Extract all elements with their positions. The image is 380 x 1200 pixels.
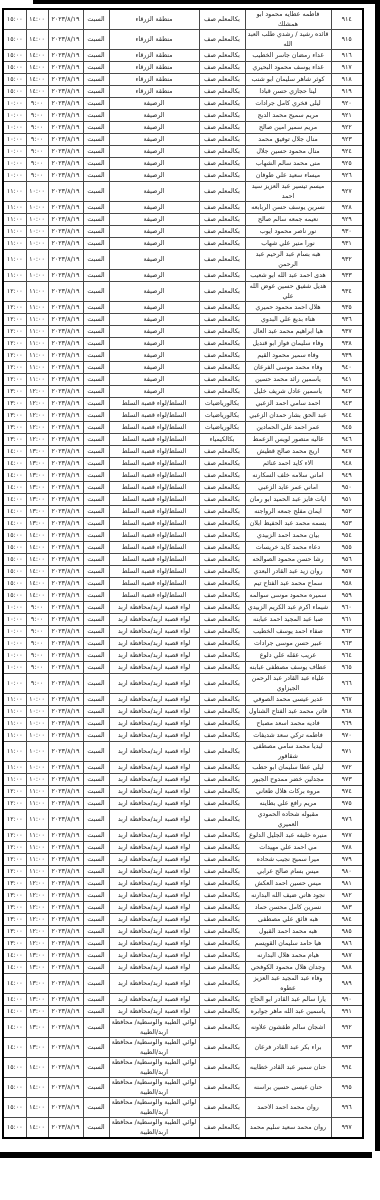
date-cell: ٢٠٢٣/٨/١٩: [48, 926, 83, 938]
start-time-cell: ١٣:٠٠: [26, 506, 48, 518]
date-cell: ٢٠٢٣/٨/١٩: [48, 146, 83, 158]
day-cell: السبت: [83, 718, 109, 730]
name-cell: صفاء احمد يوسف الخطيب: [245, 626, 331, 638]
serial-cell: ٩٣٦: [331, 314, 363, 326]
region-cell: الرصيفة: [109, 146, 199, 158]
date-cell: ٢٠٢٣/٨/١٩: [48, 422, 83, 434]
region-cell: لوائي الطيبة والوسطية/ محافظة اربد/الطيب…: [109, 1018, 199, 1038]
start-time-cell: ١١:٠٠: [26, 338, 48, 350]
date-cell: ٢٠٢٣/٨/١٩: [48, 226, 83, 238]
date-cell: ٢٠٢٣/٨/١٩: [48, 506, 83, 518]
schedule-table-wrapper: ٩١٤فاطمه عطايه محمود ابو همشلكبكالمعلم ص…: [4, 8, 364, 1139]
qualification-cell: بكالمعلم صف: [199, 110, 245, 122]
qualification-cell: بكالمعلم صف: [199, 74, 245, 86]
day-cell: السبت: [83, 282, 109, 302]
date-cell: ٢٠٢٣/٨/١٩: [48, 786, 83, 798]
qualification-cell: بكالمعلم صف: [199, 902, 245, 914]
start-time-cell: ١٢:٠٠: [26, 398, 48, 410]
name-cell: اشجان سالم طقشون علاونه: [245, 1018, 331, 1038]
start-time-cell: ١٣:٠٠: [26, 482, 48, 494]
table-row: ٩٢٣منال جلال توفيق محمدبكالمعلم صفالرصيف…: [3, 134, 363, 146]
region-cell: لواء قصبة اربد/محافظة اربد: [109, 774, 199, 786]
end-time-cell: ١٢:٠٠: [3, 798, 26, 810]
name-cell: نورا منير علي شهاب: [245, 238, 331, 250]
qualification-cell: بكالمعلم صف: [199, 742, 245, 762]
table-row: ٩١٥قائده رشيد / رشدي طلب العبد اللهبكالم…: [3, 30, 363, 50]
date-cell: ٢٠٢٣/٨/١٩: [48, 170, 83, 182]
name-cell: هبه بسام عبد الرحيم عبد الرحمن: [245, 250, 331, 270]
region-cell: الرصيفة: [109, 270, 199, 282]
day-cell: السبت: [83, 410, 109, 422]
qualification-cell: بكالمعلم صف: [199, 282, 245, 302]
date-cell: ٢٠٢٣/٨/١٩: [48, 578, 83, 590]
end-time-cell: ١٢:٠٠: [3, 842, 26, 854]
name-cell: ايات فايز عبد الحميد ابو رمان: [245, 494, 331, 506]
date-cell: ٢٠٢٣/٨/١٩: [48, 542, 83, 554]
day-cell: السبت: [83, 434, 109, 446]
region-cell: الرصيفة: [109, 302, 199, 314]
serial-cell: ٩٣٣: [331, 270, 363, 282]
end-time-cell: ١٠:٠٠: [3, 122, 26, 134]
name-cell: كوثر شاهر سليمان ابو شنب: [245, 74, 331, 86]
name-cell: هدى احمد عبد الله ابو شعيب: [245, 270, 331, 282]
table-row: ٩٤٦غاليه منصور لويس الزعمطبكالكيمياءالسل…: [3, 434, 363, 446]
date-cell: ٢٠٢٣/٨/١٩: [48, 626, 83, 638]
end-time-cell: ١١:٠٠: [3, 250, 26, 270]
region-cell: لواء قصبة اربد/محافظة اربد: [109, 614, 199, 626]
start-time-cell: ١٤:٠٠: [26, 62, 48, 74]
qualification-cell: بكالمعلم صف: [199, 938, 245, 950]
serial-cell: ٩٦٠: [331, 602, 363, 614]
date-cell: ٢٠٢٣/٨/١٩: [48, 866, 83, 878]
qualification-cell: بكالمعلم صف: [199, 362, 245, 374]
serial-cell: ٩٤٧: [331, 446, 363, 458]
serial-cell: ٩٥٤: [331, 530, 363, 542]
table-row: ٩٦٦علياء عبد القادر عبد الرحمن الجيزاويب…: [3, 674, 363, 694]
start-time-cell: ١١:٠٠: [26, 302, 48, 314]
name-cell: حنان سمير عبد القادر خطايبه: [245, 1058, 331, 1078]
serial-cell: ٩٣٠: [331, 226, 363, 238]
serial-cell: ٩٩٦: [331, 1098, 363, 1118]
table-row: ٩٥٦رشا حسن محمود الصوالحهبكالمعلم صفالسل…: [3, 554, 363, 566]
date-cell: ٢٠٢٣/٨/١٩: [48, 810, 83, 830]
region-cell: منطقة الزرقاء: [109, 30, 199, 50]
date-cell: ٢٠٢٣/٨/١٩: [48, 994, 83, 1006]
date-cell: ٢٠٢٣/٨/١٩: [48, 158, 83, 170]
region-cell: لواء قصبة اربد/محافظة اربد: [109, 626, 199, 638]
date-cell: ٢٠٢٣/٨/١٩: [48, 238, 83, 250]
region-cell: منطقة الزرقاء: [109, 9, 199, 30]
serial-cell: ٩٣٤: [331, 282, 363, 302]
start-time-cell: ١٢:٠٠: [26, 890, 48, 902]
name-cell: عبد الحق بشار حمدان الزعبي: [245, 410, 331, 422]
date-cell: ٢٠٢٣/٨/١٩: [48, 398, 83, 410]
qualification-cell: بكالمعلم صف: [199, 1006, 245, 1018]
qualification-cell: بكالمعلم صف: [199, 602, 245, 614]
qualification-cell: بكالمعلم صف: [199, 694, 245, 706]
qualification-cell: بكالمعلم صف: [199, 878, 245, 890]
table-row: ٩٧٠فاطمه تركي سعد شديفاتبكالمعلم صفلواء …: [3, 730, 363, 742]
day-cell: السبت: [83, 270, 109, 282]
date-cell: ٢٠٢٣/٨/١٩: [48, 302, 83, 314]
qualification-cell: بكالمعلم صف: [199, 962, 245, 974]
table-row: ٩٦٤عريب عقله علي دلوعبكالمعلم صفلواء قصب…: [3, 650, 363, 662]
qualification-cell: بكالمعلم صف: [199, 62, 245, 74]
end-time-cell: ١٣:٠٠: [3, 926, 26, 938]
day-cell: السبت: [83, 158, 109, 170]
region-cell: لواء قصبة اربد/محافظة اربد: [109, 878, 199, 890]
start-time-cell: ١٣:٠٠: [26, 518, 48, 530]
table-row: ٩٩٣براء بكر عبد القادر فرعانبكالمعلم صفل…: [3, 1038, 363, 1058]
table-row: ٩٤٧اريج محمد صالح قطيشبكالمعلم صفالسلط/ل…: [3, 446, 363, 458]
qualification-cell: بكالمعلم صف: [199, 338, 245, 350]
day-cell: السبت: [83, 786, 109, 798]
date-cell: ٢٠٢٣/٨/١٩: [48, 110, 83, 122]
table-row: ٩٥٨سماح محمد عبد الفتاح تيمبكالمعلم صفال…: [3, 578, 363, 590]
name-cell: مروه بركات هلال طعاني: [245, 786, 331, 798]
qualification-cell: بكالمعلم صف: [199, 182, 245, 202]
date-cell: ٢٠٢٣/٨/١٩: [48, 706, 83, 718]
day-cell: السبت: [83, 614, 109, 626]
region-cell: الرصيفة: [109, 98, 199, 110]
day-cell: السبت: [83, 50, 109, 62]
start-time-cell: ١٣:٠٠: [26, 994, 48, 1006]
table-row: ٩٦٨فاتن محمد عبد الفتاح الشناولبكالمعلم …: [3, 706, 363, 718]
table-row: ٩٣٨وفاء سليمان فواز ابو قنديلبكالمعلم صف…: [3, 338, 363, 350]
serial-cell: ٩١٩: [331, 86, 363, 98]
name-cell: عريب عقله علي دلوع: [245, 650, 331, 662]
end-time-cell: ١٢:٠٠: [3, 350, 26, 362]
start-time-cell: ١٤:٠٠: [26, 554, 48, 566]
day-cell: السبت: [83, 602, 109, 614]
serial-cell: ٩٤١: [331, 374, 363, 386]
day-cell: السبت: [83, 238, 109, 250]
serial-cell: ٩٨٩: [331, 974, 363, 994]
table-row: ٩٩٢اشجان سالم طقشون علاونهبكالمعلم صفلوا…: [3, 1018, 363, 1038]
name-cell: وجدان هلال محمود الكوفحي: [245, 962, 331, 974]
date-cell: ٢٠٢٣/٨/١٩: [48, 9, 83, 30]
region-cell: الرصيفة: [109, 134, 199, 146]
name-cell: ياسمين عادل شريف خليل: [245, 386, 331, 398]
serial-cell: ٩٩٠: [331, 994, 363, 1006]
region-cell: لواء قصبة اربد/محافظة اربد: [109, 926, 199, 938]
table-row: ٩٦٠شيماء اكرم عبد الكريم الزبيديبكالمعلم…: [3, 602, 363, 614]
day-cell: السبت: [83, 122, 109, 134]
region-cell: السلط/لواء قصبة السلط: [109, 566, 199, 578]
serial-cell: ٩٧٧: [331, 830, 363, 842]
start-time-cell: ٩:٠٠: [26, 98, 48, 110]
region-cell: الرصيفة: [109, 350, 199, 362]
qualification-cell: بكالمعلم صف: [199, 730, 245, 742]
day-cell: السبت: [83, 182, 109, 202]
table-row: ٩٢٤منال محمود حسين جلالبكالمعلم صفالرصيف…: [3, 146, 363, 158]
end-time-cell: ١٣:٠٠: [3, 878, 26, 890]
end-time-cell: ١٥:٠٠: [3, 62, 26, 74]
end-time-cell: ١٠:٠٠: [3, 158, 26, 170]
end-time-cell: ١٢:٠٠: [3, 854, 26, 866]
region-cell: الرصيفة: [109, 182, 199, 202]
serial-cell: ٩٧٠: [331, 730, 363, 742]
date-cell: ٢٠٢٣/٨/١٩: [48, 98, 83, 110]
table-row: ٩٨٧هيام محمد هلال البدارنهبكالمعلم صفلوا…: [3, 950, 363, 962]
start-time-cell: ١١:٠٠: [26, 350, 48, 362]
name-cell: روان محمد احمد الاحمد: [245, 1098, 331, 1118]
day-cell: السبت: [83, 730, 109, 742]
table-row: ٩٨٦هيا حامد سليمان القويسمبكالمعلم صفلوا…: [3, 938, 363, 950]
start-time-cell: ١٤:٠٠: [26, 578, 48, 590]
date-cell: ٢٠٢٣/٨/١٩: [48, 1098, 83, 1118]
table-row: ٩١٤فاطمه عطايه محمود ابو همشلكبكالمعلم ص…: [3, 9, 363, 30]
region-cell: الرصيفة: [109, 362, 199, 374]
qualification-cell: بكالمعلم صف: [199, 226, 245, 238]
date-cell: ٢٠٢٣/٨/١٩: [48, 494, 83, 506]
region-cell: منطقة الزرقاء: [109, 74, 199, 86]
table-row: ٩١٩لينا حجازي حسن قبادابكالمعلم صفمنطقة …: [3, 86, 363, 98]
day-cell: السبت: [83, 842, 109, 854]
qualification-cell: بكالمعلم صف: [199, 718, 245, 730]
table-row: ٩٨٥هبه محمد احمد القبولبكالمعلم صفلواء ق…: [3, 926, 363, 938]
serial-cell: ٩١٨: [331, 74, 363, 86]
date-cell: ٢٠٢٣/٨/١٩: [48, 938, 83, 950]
serial-cell: ٩٤٤: [331, 410, 363, 422]
serial-cell: ٩٩٧: [331, 1118, 363, 1139]
qualification-cell: بكالمعلم صف: [199, 350, 245, 362]
name-cell: نجود هاني ضيف الله البدارنه: [245, 890, 331, 902]
table-row: ٩٨١ميس حسين احمد العكشبكالمعلم صفلواء قص…: [3, 878, 363, 890]
date-cell: ٢٠٢٣/٨/١٩: [48, 458, 83, 470]
end-time-cell: ١٠:٠٠: [3, 614, 26, 626]
end-time-cell: ١٤:٠٠: [3, 1038, 26, 1058]
day-cell: السبت: [83, 742, 109, 762]
serial-cell: ٩٦٧: [331, 694, 363, 706]
name-cell: رشا حسن محمود الصوالحه: [245, 554, 331, 566]
end-time-cell: ١٤:٠٠: [3, 470, 26, 482]
name-cell: براء بكر عبد القادر فرعان: [245, 1038, 331, 1058]
qualification-cell: بكالمعلم صف: [199, 1058, 245, 1078]
date-cell: ٢٠٢٣/٨/١٩: [48, 842, 83, 854]
start-time-cell: ١١:٠٠: [26, 786, 48, 798]
date-cell: ٢٠٢٣/٨/١٩: [48, 1058, 83, 1078]
name-cell: مي احمد علي مهيدات: [245, 842, 331, 854]
region-cell: لواء قصبة اربد/محافظة اربد: [109, 762, 199, 774]
end-time-cell: ١٢:٠٠: [3, 314, 26, 326]
name-cell: ياسمين عبد الله ماهر جوابره: [245, 1006, 331, 1018]
start-time-cell: ٩:٠٠: [26, 662, 48, 674]
region-cell: السلط/لواء قصبة السلط: [109, 554, 199, 566]
date-cell: ٢٠٢٣/٨/١٩: [48, 270, 83, 282]
end-time-cell: ١٣:٠٠: [3, 422, 26, 434]
start-time-cell: ١٤:٠٠: [26, 1098, 48, 1118]
scan-edge-right: [375, 3, 380, 1151]
serial-cell: ٩٥١: [331, 494, 363, 506]
day-cell: السبت: [83, 542, 109, 554]
serial-cell: ٩٨٣: [331, 902, 363, 914]
serial-cell: ٩٥٣: [331, 518, 363, 530]
start-time-cell: ١٣:٠٠: [26, 974, 48, 994]
start-time-cell: ١١:٠٠: [26, 830, 48, 842]
serial-cell: ٩٧٤: [331, 786, 363, 798]
serial-cell: ٩٦٥: [331, 662, 363, 674]
end-time-cell: ١٣:٠٠: [3, 890, 26, 902]
end-time-cell: ١٣:٠٠: [3, 902, 26, 914]
end-time-cell: ١٥:٠٠: [3, 74, 26, 86]
table-row: ٩٦٩فاديه محمد اسعد مصباحبكالمعلم صفلواء …: [3, 718, 363, 730]
end-time-cell: ١٣:٠٠: [3, 410, 26, 422]
qualification-cell: بكالمعلم صف: [199, 786, 245, 798]
table-row: ٩٩٠يارا سالم عبد القادر ابو الحاجبكالمعل…: [3, 994, 363, 1006]
start-time-cell: ١١:٠٠: [26, 842, 48, 854]
date-cell: ٢٠٢٣/٨/١٩: [48, 122, 83, 134]
table-row: ٩٥٤بيان محمد احمد الزبيديبكالمعلم صفالسل…: [3, 530, 363, 542]
day-cell: السبت: [83, 314, 109, 326]
serial-cell: ٩٦٤: [331, 650, 363, 662]
name-cell: مريم سميح محمد الدبج: [245, 110, 331, 122]
region-cell: السلط/لواء قصبة السلط: [109, 446, 199, 458]
qualification-cell: بكالمعلم صف: [199, 86, 245, 98]
table-row: ٩٨٣نسرين كامل محسن حمادبكالمعلم صفلواء ق…: [3, 902, 363, 914]
date-cell: ٢٠٢٣/٨/١٩: [48, 350, 83, 362]
end-time-cell: ١٥:٠٠: [3, 30, 26, 50]
table-row: ٩٦٥عطاف يوسف مصطفى عبابنهبكالمعلم صفلواء…: [3, 662, 363, 674]
table-row: ٩٤١ياسمين رائد محمد حسينبكالمعلم صفالرصي…: [3, 374, 363, 386]
table-row: ٩٢٧ميسم تيسير عبد العزيز سيد احمدبكالمعل…: [3, 182, 363, 202]
qualification-cell: بكالمعلم صف: [199, 866, 245, 878]
day-cell: السبت: [83, 566, 109, 578]
start-time-cell: ١٤:٠٠: [26, 590, 48, 602]
region-cell: الرصيفة: [109, 170, 199, 182]
name-cell: ليلى عطا سليمان ابو حطب: [245, 762, 331, 774]
date-cell: ٢٠٢٣/٨/١٩: [48, 30, 83, 50]
start-time-cell: ٩:٠٠: [26, 170, 48, 182]
name-cell: سماح محمد عبد الفتاح تيم: [245, 578, 331, 590]
region-cell: لواء قصبة اربد/محافظة اربد: [109, 854, 199, 866]
serial-cell: ٩٤٦: [331, 434, 363, 446]
end-time-cell: ١٠:٠٠: [3, 146, 26, 158]
serial-cell: ٩٤٥: [331, 422, 363, 434]
name-cell: نور ناصر محمود ايوب: [245, 226, 331, 238]
end-time-cell: ١٠:٠٠: [3, 626, 26, 638]
table-row: ٩٣٣هدى احمد عبد الله ابو شعيببكالمعلم صف…: [3, 270, 363, 282]
end-time-cell: ١٥:٠٠: [3, 530, 26, 542]
qualification-cell: بكالكيمياء: [199, 434, 245, 446]
region-cell: السلط/لواء قصبة السلط: [109, 470, 199, 482]
day-cell: السبت: [83, 590, 109, 602]
table-row: ٩٢٦ميساء سعيد علي طوفانبكالمعلم صفالرصيف…: [3, 170, 363, 182]
end-time-cell: ١٤:٠٠: [3, 974, 26, 994]
qualification-cell: بكالمعلم صف: [199, 482, 245, 494]
table-row: ٩٤٩اماني سلامه خلف السكارنهبكالمعلم صفال…: [3, 470, 363, 482]
day-cell: السبت: [83, 470, 109, 482]
day-cell: السبت: [83, 458, 109, 470]
serial-cell: ٩٣٨: [331, 338, 363, 350]
date-cell: ٢٠٢٣/٨/١٩: [48, 470, 83, 482]
day-cell: السبت: [83, 62, 109, 74]
name-cell: احمد سامي احمد الزعبي: [245, 398, 331, 410]
qualification-cell: بكالورياضيات: [199, 398, 245, 410]
qualification-cell: بكالمعلم صف: [199, 1018, 245, 1038]
end-time-cell: ١٠:٠٠: [3, 170, 26, 182]
date-cell: ٢٠٢٣/٨/١٩: [48, 798, 83, 810]
qualification-cell: بكالمعلم صف: [199, 30, 245, 50]
region-cell: الرصيفة: [109, 214, 199, 226]
qualification-cell: بكالمعلم صف: [199, 578, 245, 590]
table-row: ٩٢١مريم سميح محمد الدبجبكالمعلم صفالرصيف…: [3, 110, 363, 122]
table-row: ٩٥٢ايمان مفلح جمعه الرواجنهبكالمعلم صفال…: [3, 506, 363, 518]
date-cell: ٢٠٢٣/٨/١٩: [48, 974, 83, 994]
date-cell: ٢٠٢٣/٨/١٩: [48, 742, 83, 762]
region-cell: لواء قصبة اربد/محافظة اربد: [109, 650, 199, 662]
qualification-cell: بكالورياضيات: [199, 422, 245, 434]
serial-cell: ٩٦٨: [331, 706, 363, 718]
start-time-cell: ١٢:٠٠: [26, 926, 48, 938]
serial-cell: ٩١٧: [331, 62, 363, 74]
region-cell: لواء قصبة اربد/محافظة اربد: [109, 950, 199, 962]
date-cell: ٢٠٢٣/٨/١٩: [48, 1006, 83, 1018]
table-row: ٩٢٥منى محمد سالم الشهاببكالمعلم صفالرصيف…: [3, 158, 363, 170]
day-cell: السبت: [83, 250, 109, 270]
serial-cell: ٩٦٦: [331, 674, 363, 694]
end-time-cell: ١١:٠٠: [3, 214, 26, 226]
day-cell: السبت: [83, 890, 109, 902]
date-cell: ٢٠٢٣/٨/١٩: [48, 326, 83, 338]
date-cell: ٢٠٢٣/٨/١٩: [48, 730, 83, 742]
serial-cell: ٩١٤: [331, 9, 363, 30]
day-cell: السبت: [83, 694, 109, 706]
name-cell: هبه فائق علي مصطفى: [245, 914, 331, 926]
name-cell: ميسم تيسير عبد العزيز سيد احمد: [245, 182, 331, 202]
start-time-cell: ١٠:٠٠: [26, 202, 48, 214]
region-cell: الرصيفة: [109, 158, 199, 170]
qualification-cell: بكالمعلم صف: [199, 1118, 245, 1139]
region-cell: لواء قصبة اربد/محافظة اربد: [109, 842, 199, 854]
serial-cell: ٩٨١: [331, 878, 363, 890]
table-row: ٩٨٠ميس بسام صالح عرابيبكالمعلم صفلواء قص…: [3, 866, 363, 878]
start-time-cell: ١٣:٠٠: [26, 494, 48, 506]
qualification-cell: بكالمعلم صف: [199, 458, 245, 470]
end-time-cell: ١٢:٠٠: [3, 830, 26, 842]
date-cell: ٢٠٢٣/٨/١٩: [48, 902, 83, 914]
date-cell: ٢٠٢٣/٨/١٩: [48, 250, 83, 270]
date-cell: ٢٠٢٣/٨/١٩: [48, 530, 83, 542]
name-cell: قائده رشيد / رشدي طلب العبد الله: [245, 30, 331, 50]
region-cell: لواء قصبة اربد/محافظة اربد: [109, 694, 199, 706]
region-cell: لوائي الطيبة والوسطية/ محافظة اربد/الطيب…: [109, 1078, 199, 1098]
region-cell: السلط/لواء قصبة السلط: [109, 590, 199, 602]
table-row: ٩٣٢هبه بسام عبد الرحيم عبد الرحمنبكالمعل…: [3, 250, 363, 270]
start-time-cell: ١٢:٠٠: [26, 902, 48, 914]
qualification-cell: بكالمعلم صف: [199, 950, 245, 962]
serial-cell: ٩٣٧: [331, 326, 363, 338]
name-cell: روان زيد عبد القادر البعدي: [245, 566, 331, 578]
region-cell: لوائي الطيبة والوسطية/ محافظة اربد/الطيب…: [109, 1118, 199, 1139]
date-cell: ٢٠٢٣/٨/١٩: [48, 74, 83, 86]
day-cell: السبت: [83, 146, 109, 158]
start-time-cell: ١٤:٠٠: [26, 530, 48, 542]
start-time-cell: ١١:٠٠: [26, 374, 48, 386]
table-row: ٩٨٢نجود هاني ضيف الله البدارنهبكالمعلم ص…: [3, 890, 363, 902]
day-cell: السبت: [83, 326, 109, 338]
end-time-cell: ١٤:٠٠: [3, 518, 26, 530]
end-time-cell: ١٠:٠٠: [3, 674, 26, 694]
day-cell: السبت: [83, 1006, 109, 1018]
table-row: ٩٧٢ليلى عطا سليمان ابو حطببكالمعلم صفلوا…: [3, 762, 363, 774]
date-cell: ٢٠٢٣/٨/١٩: [48, 386, 83, 398]
start-time-cell: ١٤:٠٠: [26, 50, 48, 62]
name-cell: يارا سالم عبد القادر ابو الحاج: [245, 994, 331, 1006]
date-cell: ٢٠٢٣/٨/١٩: [48, 202, 83, 214]
table-row: ٩٣٩وفاء سمير محمود القيمبكالمعلم صفالرصي…: [3, 350, 363, 362]
date-cell: ٢٠٢٣/٨/١٩: [48, 662, 83, 674]
